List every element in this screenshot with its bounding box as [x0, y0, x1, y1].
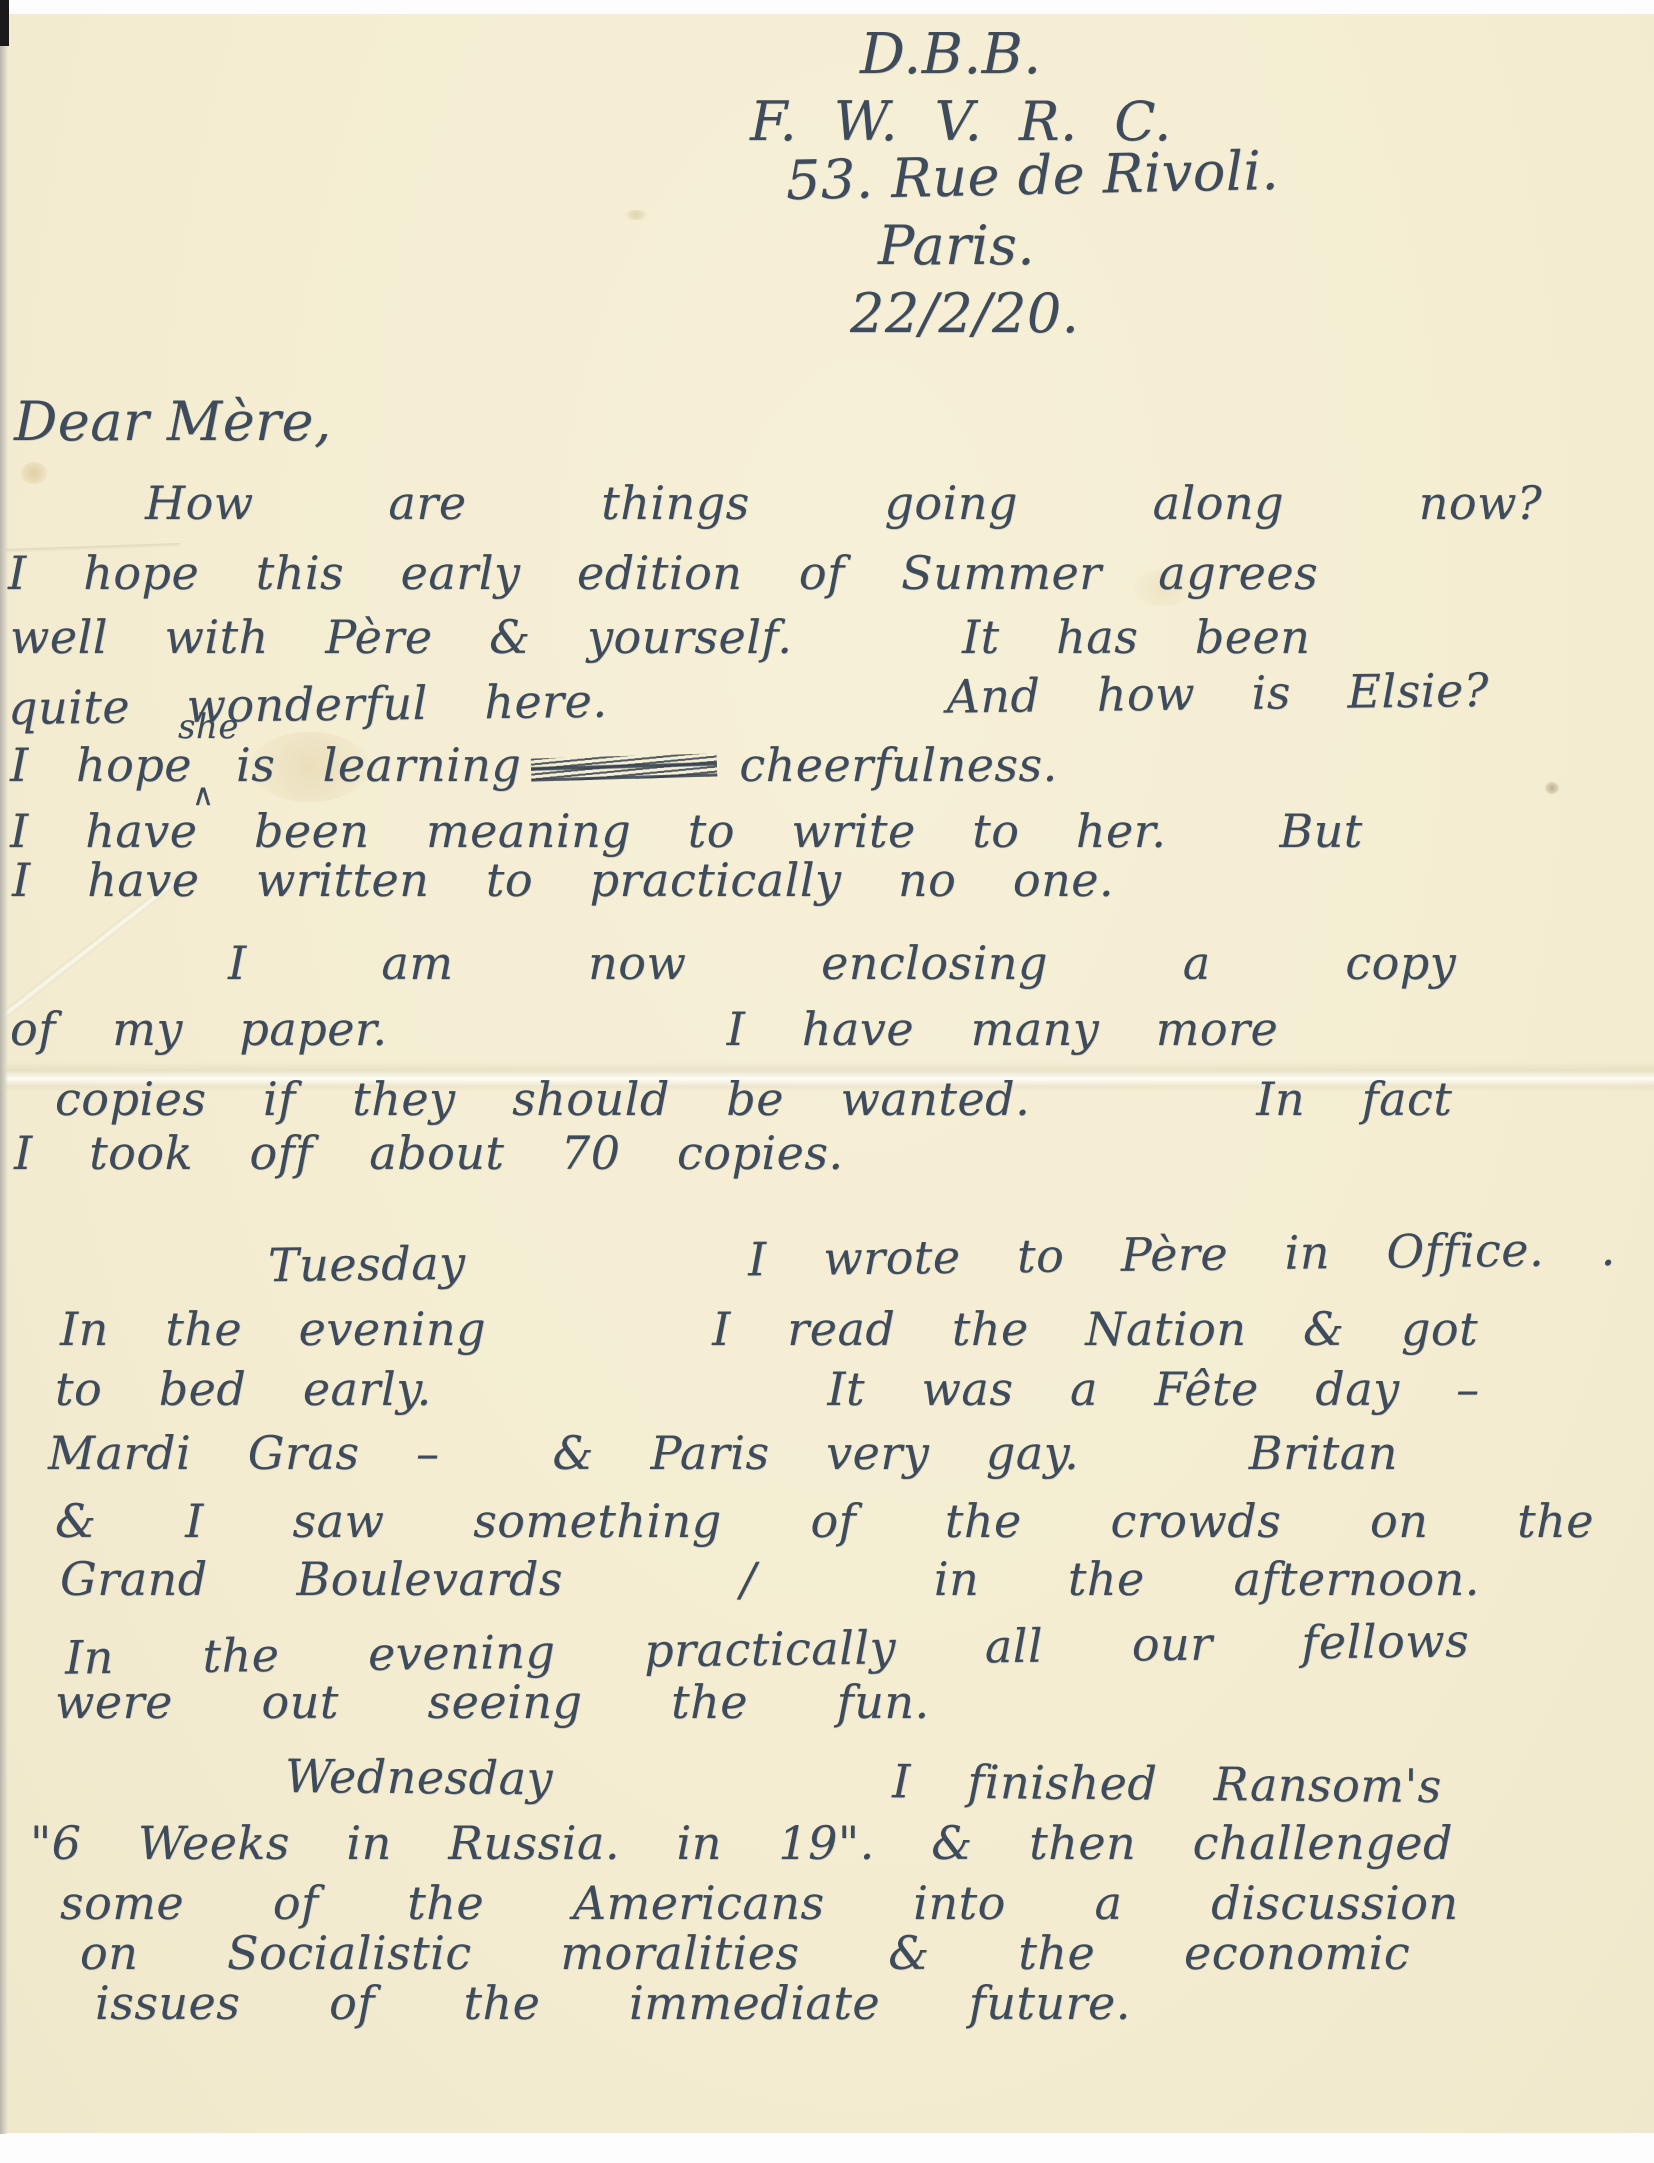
- scan-edge-shadow: [0, 14, 8, 2134]
- letter-line-6: I have been meaning to write to her. But: [10, 806, 1363, 857]
- letter-line-9: of my paper. I have many more: [10, 1004, 1278, 1055]
- letter-line-16: & I saw something of the crowds on the: [55, 1496, 1594, 1547]
- heading-street-address: 53. Rue de Rivoli.: [785, 141, 1279, 211]
- letter-line-21: "6 Weeks in Russia. in 19". & then chall…: [30, 1818, 1453, 1869]
- scanned-letter-page: { "colors": { "scan_background": "#fdfdf…: [0, 0, 1654, 2163]
- letter-line-15: Mardi Gras – & Paris very gay. Britan: [48, 1428, 1398, 1479]
- letter-line-23: on Socialistic moralities & the economic: [80, 1928, 1410, 1979]
- heading-initials: D.B.B.: [860, 24, 1042, 86]
- stain-spot: [21, 462, 47, 484]
- insertion-anchor: she∧: [192, 773, 236, 781]
- letter-line-8: I am now enclosing a copy: [228, 938, 1456, 989]
- letter-line-5-with-insertion: I hopeshe∧is learningcheerfulness.: [10, 740, 1058, 791]
- letter-line-7: I have written to practically no one.: [12, 855, 1114, 906]
- stain-speck: [625, 210, 647, 220]
- letter-line-19: were out seeing the fun.: [55, 1677, 930, 1728]
- line5-mid: is learning: [236, 738, 521, 792]
- letter-line-13: In the evening I read the Nation & got: [60, 1304, 1478, 1355]
- letter-line-3: well with Père & yourself. It has been: [10, 612, 1310, 663]
- stain-speck: [1545, 782, 1559, 794]
- letter-line-20: Wednesday I finished Ransom's: [285, 1751, 1442, 1812]
- heading-date: 22/2/20.: [850, 284, 1079, 343]
- letter-line-11: I took off about 70 copies.: [14, 1128, 844, 1179]
- letter-line-24: issues of the immediate future.: [95, 1978, 1131, 2029]
- line5-end: cheerfulness.: [739, 738, 1057, 792]
- letter-line-17: Grand Boulevards / in the afternoon.: [60, 1554, 1480, 1605]
- scan-corner-artifact: [0, 0, 9, 46]
- line5-pre: I hope: [10, 738, 192, 792]
- letter-line-2: I hope this early edition of Summer agre…: [8, 548, 1318, 599]
- letter-line-1: How are things going along now?: [145, 478, 1542, 529]
- letter-line-10: copies if they should be wanted. In fact: [55, 1074, 1452, 1125]
- inserted-word-above-line: she: [178, 709, 239, 746]
- heading-city: Paris.: [878, 216, 1035, 275]
- salutation: Dear Mère,: [14, 392, 332, 451]
- letter-line-22: some of the Americans into a discussion: [60, 1878, 1459, 1929]
- struck-out-word-scribble: [531, 753, 718, 781]
- letter-line-14: to bed early. It was a Fête day –: [55, 1364, 1480, 1415]
